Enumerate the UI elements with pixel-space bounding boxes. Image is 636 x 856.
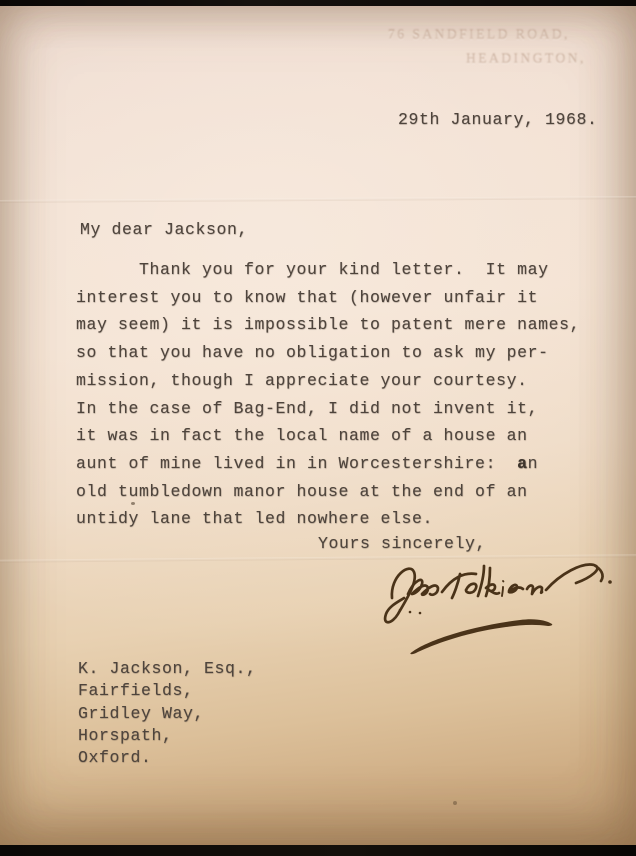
letterhead-line: 76 SANDFIELD ROAD, [388, 27, 586, 43]
paper-speck [453, 801, 457, 805]
address-line: K. Jackson, Esq., [78, 658, 257, 680]
body-line: Thank you for your kind letter. It may [76, 256, 580, 284]
photo-background-edge [0, 0, 636, 6]
address-line: Horspath, [78, 725, 257, 747]
body-line: aunt of mine lived in in Worcestershire:… [76, 450, 580, 478]
body-line: it was in fact the local name of a house… [76, 422, 580, 450]
letterhead-line: HEADINGTON, [466, 51, 586, 67]
letter-paper: 76 SANDFIELD ROAD, HEADINGTON, 29th Janu… [0, 6, 636, 845]
body-line: In the case of Bag-End, I did not invent… [76, 395, 580, 423]
letter-body: Thank you for your kind letter. It mayin… [76, 256, 580, 533]
address-line: Oxford. [78, 747, 257, 769]
closing-line: Yours sincerely, [318, 534, 486, 553]
body-line: mission, though I appreciate your courte… [76, 367, 580, 395]
body-line: may seem) it is impossible to patent mer… [76, 311, 580, 339]
address-line: Gridley Way, [78, 703, 257, 725]
body-line: old tumbledown manor house at the end of… [76, 478, 580, 506]
body-line: interest you to know that (however unfai… [76, 284, 580, 312]
address-line: Fairfields, [78, 680, 257, 702]
body-line: untidy lane that led nowhere else. [76, 505, 580, 533]
signature-handwriting [372, 558, 622, 658]
embossed-letterhead: 76 SANDFIELD ROAD, HEADINGTON, [388, 27, 586, 67]
recipient-address: K. Jackson, Esq.,Fairfields,Gridley Way,… [78, 658, 257, 769]
salutation: My dear Jackson, [80, 220, 248, 239]
body-line: so that you have no obligation to ask my… [76, 339, 580, 367]
paper-fold-crease [0, 196, 636, 203]
photo-background-edge [0, 845, 636, 856]
letter-date: 29th January, 1968. [398, 110, 598, 129]
